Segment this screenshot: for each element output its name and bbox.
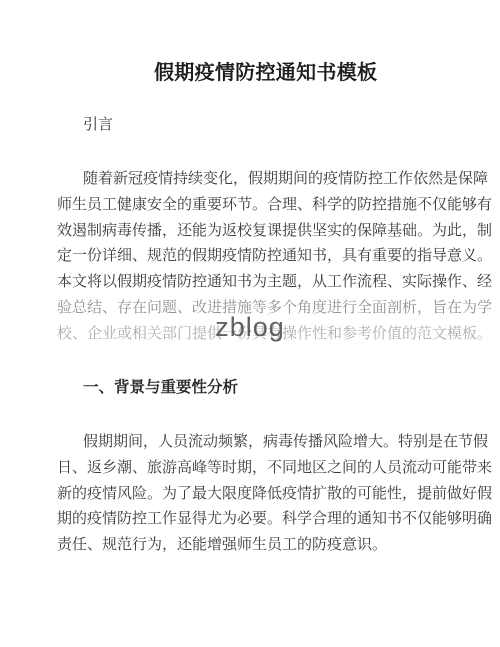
paragraph-line: 本文将以假期疫情防控通知书为主题，从工作流程、实际操作、经 <box>57 270 449 296</box>
paragraph-line: 随着新冠疫情持续变化，假期期间的疫情防控工作依然是保障 <box>57 167 449 193</box>
paragraph-line: 校、企业或相关部门提供一份具有操作性和参考价值的范文模板。 <box>57 322 449 348</box>
paragraph-1: 随着新冠疫情持续变化，假期期间的疫情防控工作依然是保障 师生员工健康安全的重要环… <box>57 167 449 348</box>
paragraph-line: 效遏制病毒传播，还能为返校复课提供坚实的保障基础。为此，制 <box>57 219 449 245</box>
document-page: 假期疫情防控通知书模板 引言 随着新冠疫情持续变化，假期期间的疫情防控工作依然是… <box>0 0 500 647</box>
paragraph-line: 师生员工健康安全的重要环节。合理、科学的防控措施不仅能够有 <box>57 193 449 219</box>
paragraph-line: 定一份详细、规范的假期疫情防控通知书，具有重要的指导意义。 <box>57 244 449 270</box>
paragraph-line: 新的疫情风险。为了最大限度降低疫情扩散的可能性，提前做好假 <box>57 482 449 508</box>
section-1-heading: 一、背景与重要性分析 <box>83 375 238 401</box>
paragraph-line: 期的疫情防控工作显得尤为必要。科学合理的通知书不仅能够明确 <box>57 507 449 533</box>
document-title: 假期疫情防控通知书模板 <box>154 60 377 87</box>
paragraph-line: 日、返乡潮、旅游高峰等时期，不同地区之间的人员流动可能带来 <box>57 456 449 482</box>
paragraph-line: 责任、规范行为，还能增强师生员工的防疫意识。 <box>57 533 449 559</box>
paragraph-line: 假期期间，人员流动频繁，病毒传播风险增大。特别是在节假 <box>57 430 449 456</box>
intro-label: 引言 <box>83 113 113 139</box>
paragraph-line: 验总结、存在问题、改进措施等多个角度进行全面剖析，旨在为学 <box>57 296 449 322</box>
paragraph-2: 假期期间，人员流动频繁，病毒传播风险增大。特别是在节假 日、返乡潮、旅游高峰等时… <box>57 430 449 559</box>
